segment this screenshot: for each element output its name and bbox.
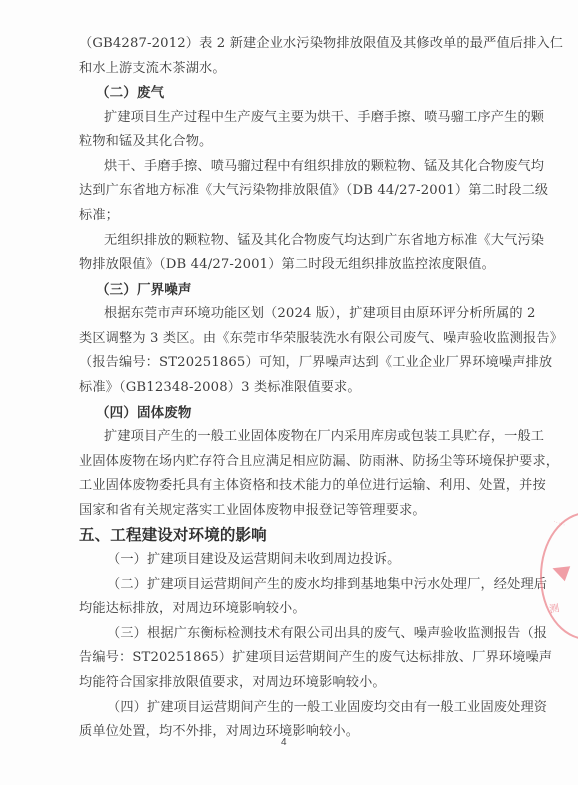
- paragraph-line: 根据东莞市声环境功能区划（2024 版），扩建项目由原环评分析所属的 2: [104, 306, 490, 322]
- paragraph-line: 工业固体废物委托具有主体资格和技术能力的单位进行运输、利用、处置，并按: [79, 478, 490, 494]
- section-heading-boundary-noise: （三）厂界噪声: [96, 282, 192, 298]
- paragraph-line: 粒物和锰及其化合物。: [79, 134, 212, 150]
- paragraph-line: （三）根据广东衡标检测技术有限公司出具的废气、噪声验收监测报告（报: [107, 626, 490, 642]
- paragraph-line: 质单位处置，均不外排，对周边环境影响较小。: [79, 724, 359, 740]
- paragraph-line: 均能符合国家排放限值要求，对周边环境影响较小。: [79, 675, 386, 691]
- paragraph-line: 烘干、手磨手擦、喷马骝过程中有组织排放的颗粒物、锰及其化合物废气均: [104, 159, 490, 175]
- paragraph-line: 扩建项目产生的一般工业固体废物在厂内采用库房或包装工具贮存，一般工: [104, 429, 490, 445]
- paragraph-line: 和水上游支流木茶湖水。: [79, 61, 226, 77]
- paragraph-line: 国家和省有关规定落实工业固体废物申报登记等管理要求。: [79, 503, 426, 519]
- chapter-heading-environmental-impact: 五、工程建设对环境的影响: [79, 526, 267, 545]
- document-page: （GB4287-2012）表 2 新建企业水污染物排放限值及其修改单的最严值后排…: [0, 0, 578, 785]
- paragraph-line: （一）扩建项目建设及运营期间未收到周边投诉。: [107, 552, 400, 568]
- paragraph-line: 业固体废物在场内贮存符合且应满足相应防漏、防雨淋、防扬尘等环境保护要求，: [79, 454, 490, 470]
- paragraph-line: 无组织排放的颗粒物、锰及其化合物废气均达到广东省地方标准《大气污染: [104, 233, 490, 249]
- paragraph-line: （二）扩建项目运营期间产生的废水均排到基地集中污水处理厂，经处理后: [107, 577, 490, 593]
- paragraph-line: 均能达标排放，对周边环境影响较小。: [79, 601, 306, 617]
- paragraph-line: 标准》（GB12348-2008）3 类标准限值要求。: [79, 380, 361, 396]
- paragraph-line: （GB4287-2012）表 2 新建企业水污染物排放限值及其修改单的最严值后排…: [79, 36, 490, 52]
- paragraph-line: 物排放限值》（DB 44/27-2001）第二时段无组织排放监控浓度限值。: [79, 257, 495, 273]
- page-number: 4: [281, 737, 287, 748]
- paragraph-line: 标准；: [79, 208, 119, 224]
- paragraph-line: （报告编号：ST20251865）可知，厂界噪声达到《工业企业厂界环境噪声排放: [79, 355, 490, 371]
- section-heading-exhaust-gas: （二）废气: [96, 85, 164, 101]
- paragraph-line: 类区调整为 3 类区。由《东莞市华荣服装洗水有限公司废气、噪声验收监测报告》: [79, 331, 490, 347]
- section-heading-solid-waste: （四）固体废物: [96, 405, 192, 421]
- paragraph-line: 达到广东省地方标准《大气污染物排放限值》（DB 44/27-2001）第二时段二…: [79, 183, 490, 199]
- paragraph-line: 扩建项目生产过程中生产废气主要为烘干、手磨手擦、喷马骝工序产生的颗: [104, 110, 490, 126]
- paragraph-line: 告编号：ST20251865）扩建项目运营期间产生的废气达标排放、厂界环境噪声: [79, 650, 490, 666]
- paragraph-line: （四）扩建项目运营期间产生的一般工业固废均交由有一般工业固废处理资: [107, 700, 490, 716]
